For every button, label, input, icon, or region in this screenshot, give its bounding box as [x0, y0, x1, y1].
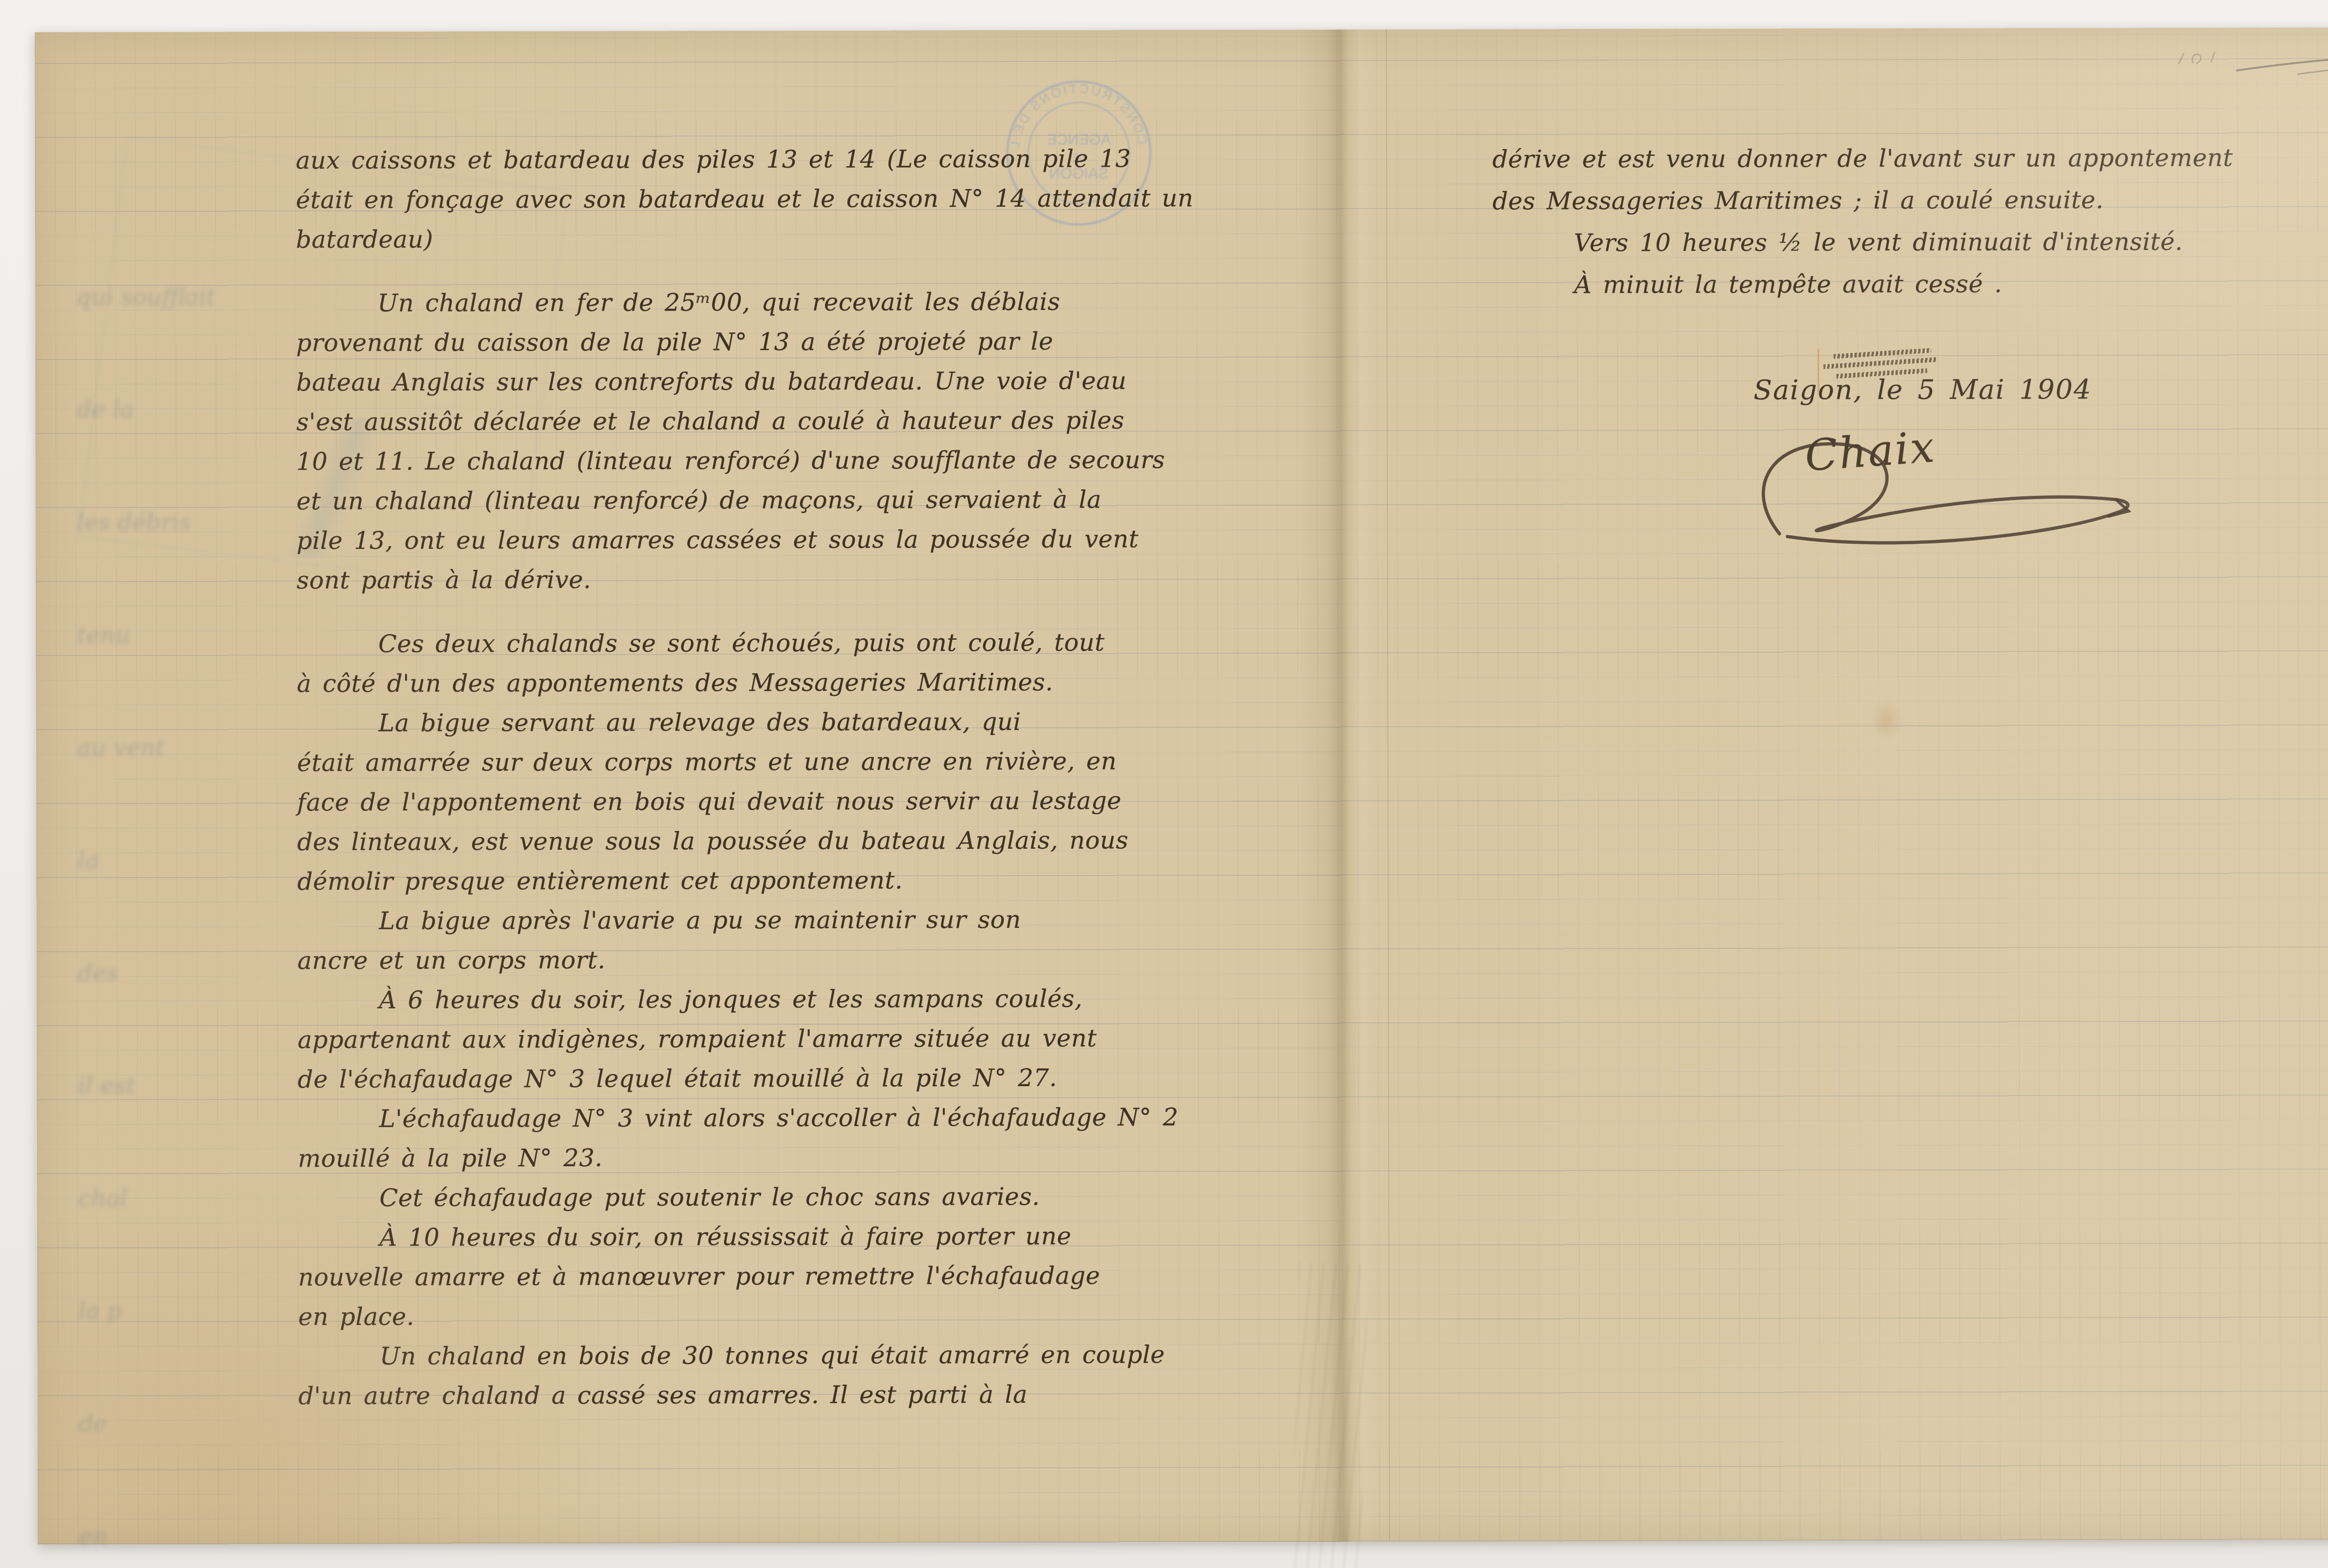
bleedthrough-fragment: chal: [78, 1184, 302, 1212]
manuscript-line: L'échafaudage N° 3 vint alors s'accoller…: [298, 1098, 1266, 1139]
dateline: Saigon, le 5 Mai 1904: [1753, 373, 2091, 406]
signature-flourish: [1707, 417, 2173, 571]
manuscript-line: 10 et 11. Le chaland (linteau renforcé) …: [296, 440, 1265, 482]
manuscript-line: La bigue après l'avarie a pu se mainteni…: [298, 900, 1266, 941]
bleedthrough-fragment: tenu: [77, 621, 300, 649]
closing-divider-stroke: [1834, 348, 1931, 358]
center-fold-crease: [1386, 29, 1390, 1541]
manuscript-line: démolir presque entièrement cet appontem…: [297, 860, 1266, 902]
manuscript-line: À 6 heures du soir, les jonques et les s…: [298, 979, 1266, 1021]
bleedthrough-fragment: de: [79, 1410, 302, 1437]
pencil-edge-marks: [2175, 46, 2231, 74]
paper-fiber-mark: [1818, 349, 1819, 392]
fold-wrinkles: [1291, 1263, 1368, 1568]
manuscript-line: face de l'appontement en bois qui devait…: [297, 781, 1266, 823]
bleedthrough-fragment: des: [78, 959, 301, 987]
bleedthrough-fragment: au vent: [77, 734, 301, 761]
manuscript-line: À minuit la tempête avait cessé .: [1493, 263, 2328, 306]
manuscript-line: des linteaux, est venue sous la poussée …: [297, 821, 1266, 862]
right-page-text-block: dérive et est venu donner de l'avant sur…: [1492, 137, 2328, 306]
manuscript-line: des Messageries Maritimes ; il a coulé e…: [1492, 179, 2328, 223]
scanned-letter-page: { "colors": { "paper": "#d9c7a3", "ink":…: [0, 0, 2328, 1568]
manuscript-line: batardeau): [296, 218, 1264, 260]
bleedthrough-fragment: il est: [78, 1072, 301, 1099]
paper-stain: [1871, 699, 1903, 741]
bleedthrough-fragment: en: [79, 1522, 302, 1550]
bleedthrough-fragment: la p: [78, 1297, 302, 1325]
manuscript-line: Ces deux chalands se sont échoués, puis …: [297, 623, 1265, 664]
manuscript-line: La bigue servant au relevage des batarde…: [297, 702, 1266, 743]
manuscript-line: ancre et un corps mort.: [298, 939, 1266, 981]
manuscript-line: aux caissons et batardeau des piles 13 e…: [296, 139, 1264, 181]
manuscript-line: de l'échafaudage N° 3 lequel était mouil…: [298, 1058, 1266, 1100]
manuscript-line: était amarrée sur deux corps morts et un…: [297, 742, 1266, 783]
manuscript-sheet: qui soufflaitde lales débristenuau ventl…: [35, 27, 2328, 1545]
manuscript-line: Vers 10 heures ½ le vent diminuait d'int…: [1492, 221, 2328, 264]
manuscript-line: provenant du caisson de la pile N° 13 a …: [296, 322, 1265, 363]
left-page-text-block: aux caissons et batardeau des piles 13 e…: [296, 139, 1267, 1416]
manuscript-line: Un chaland en bois de 30 tonnes qui étai…: [298, 1335, 1266, 1377]
manuscript-line: sont partis à la dérive.: [297, 559, 1265, 601]
manuscript-line: dérive et est venu donner de l'avant sur…: [1492, 137, 2328, 181]
manuscript-line: en place.: [298, 1296, 1266, 1337]
manuscript-line: s'est aussitôt déclarée et le chaland a …: [296, 401, 1265, 442]
pencil-scribble: [2228, 41, 2328, 88]
manuscript-line: bateau Anglais sur les contreforts du ba…: [296, 361, 1265, 403]
manuscript-line: mouillé à la pile N° 23.: [298, 1137, 1266, 1179]
manuscript-line: et un chaland (linteau renforcé) de maço…: [297, 480, 1265, 521]
manuscript-line: Cet échafaudage put soutenir le choc san…: [298, 1177, 1266, 1218]
bleedthrough-fragment: la: [77, 846, 301, 874]
manuscript-line: pile 13, ont eu leurs amarres cassées et…: [297, 520, 1265, 561]
manuscript-line: d'un autre chaland a cassé ses amarres. …: [298, 1375, 1267, 1416]
manuscript-line: nouvelle amarre et à manœuvrer pour reme…: [298, 1256, 1266, 1298]
manuscript-line: appartenant aux indigènes, rompaient l'a…: [298, 1019, 1266, 1060]
manuscript-line: à côté d'un des appontements des Message…: [297, 662, 1265, 704]
manuscript-line: Un chaland en fer de 25ᵐ00, qui recevait…: [296, 282, 1265, 324]
manuscript-line: était en fonçage avec son batardeau et l…: [296, 179, 1264, 220]
manuscript-line: À 10 heures du soir, on réussissait à fa…: [298, 1217, 1266, 1258]
closing-divider-stroke: [1823, 357, 1937, 369]
